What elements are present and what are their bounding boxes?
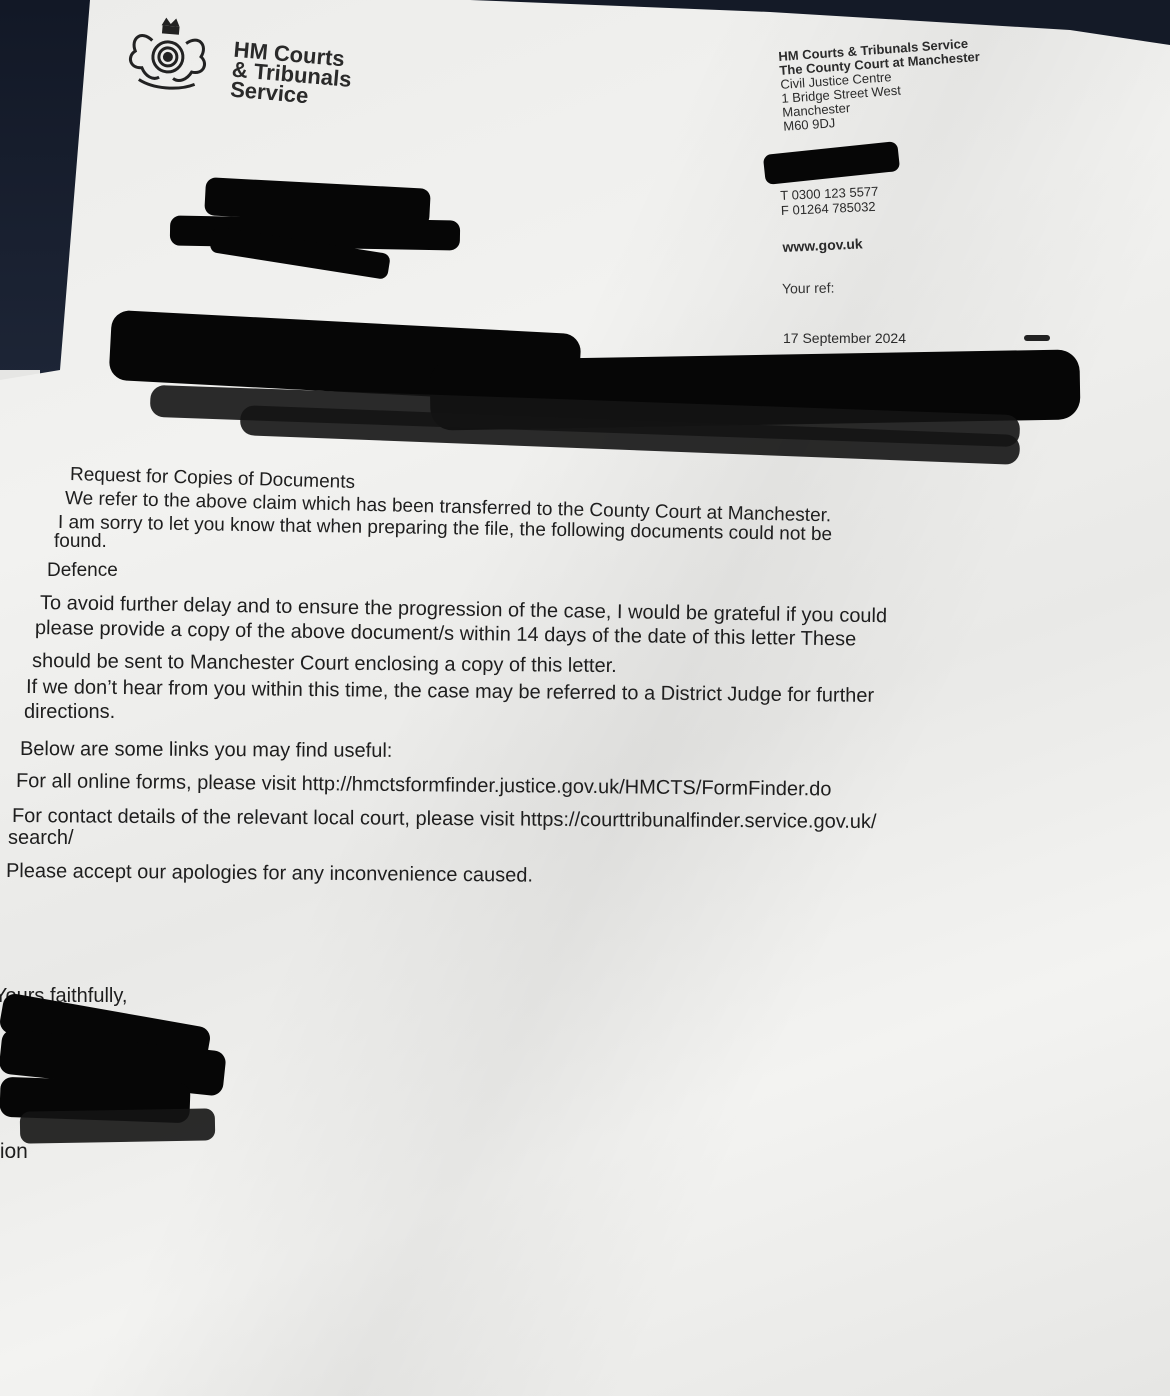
link-prefix: For all online forms, please visit bbox=[16, 770, 302, 795]
redaction-mark bbox=[1024, 335, 1050, 341]
body-text: found. bbox=[54, 531, 107, 553]
redaction-signature bbox=[20, 1108, 216, 1143]
department-fragment: tion bbox=[0, 1140, 28, 1164]
court-finder-link-continued[interactable]: search/ bbox=[8, 827, 74, 850]
link-prefix: For contact details of the relevant loca… bbox=[12, 805, 520, 831]
royal-coat-of-arms-icon bbox=[118, 8, 220, 96]
letter-date: 17 September 2024 bbox=[783, 330, 906, 346]
sender-address: HM Courts & Tribunals Service The County… bbox=[778, 36, 984, 134]
form-finder-link[interactable]: http://hmctsformfinder.justice.gov.uk/HM… bbox=[302, 773, 832, 801]
links-intro: Below are some links you may find useful… bbox=[20, 738, 393, 763]
apology-text: Please accept our apologies for any inco… bbox=[6, 860, 533, 888]
fax-number: F 01264 785032 bbox=[781, 199, 880, 218]
court-finder-link[interactable]: https://courttribunalfinder.service.gov.… bbox=[520, 809, 877, 833]
missing-document: Defence bbox=[47, 560, 118, 582]
your-ref-label: Your ref: bbox=[782, 280, 835, 297]
body-text: directions. bbox=[24, 701, 115, 724]
logo-wordmark: HM Courts & Tribunals Service bbox=[229, 40, 354, 110]
sender-contact: T 0300 123 5577 F 01264 785032 www.gov.u… bbox=[780, 184, 881, 255]
